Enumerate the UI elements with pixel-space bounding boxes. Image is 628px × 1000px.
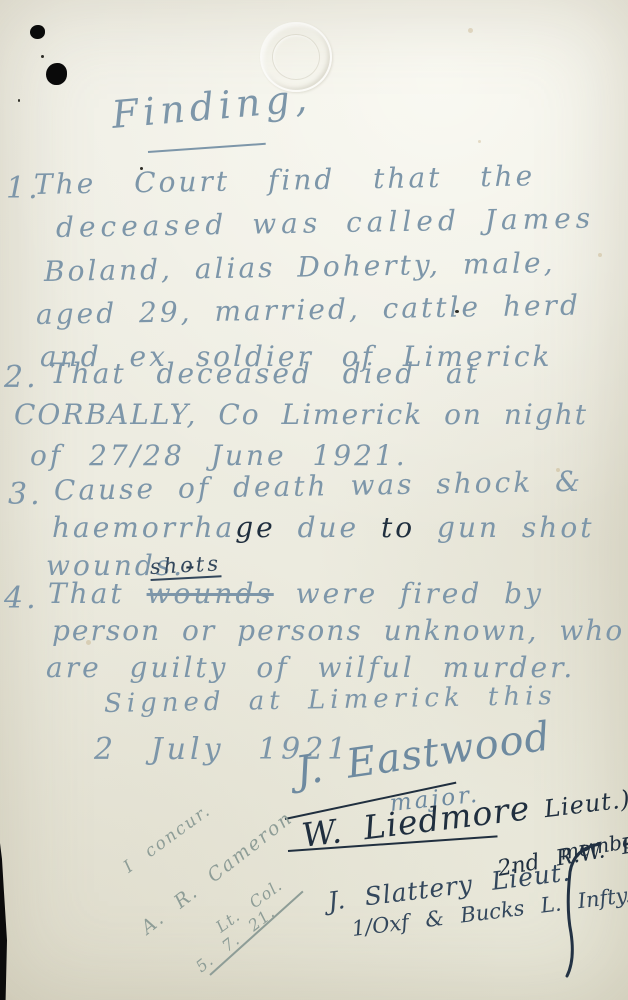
item2-line1: That deceased died at (50, 359, 480, 390)
item1-line4: aged 29, married, cattle herd (36, 290, 581, 330)
heading-underline (148, 143, 266, 153)
item3-line2: haemorrhage due to gun shot (52, 513, 594, 544)
item3-line1: Cause of death was shock & (54, 467, 584, 507)
item3-number: 3. (8, 478, 43, 511)
document-page: Finding, 1. The Court find that the dece… (0, 0, 628, 1000)
item3-line2-part: due (276, 511, 381, 544)
page-title: Finding, (110, 78, 313, 137)
item4-prefix: That (48, 577, 147, 610)
item3-line2-correction: ge (235, 511, 276, 544)
item1-line3: Boland, alias Doherty, male, (44, 248, 556, 288)
item4-line3: are guilty of wilful murder. (46, 653, 575, 684)
item2-line2: CORBALLY, Co Limerick on night (14, 400, 588, 431)
ink-speck (18, 99, 20, 102)
concur-line: I concur. (121, 801, 215, 877)
paper-edge-shadow (0, 843, 7, 1000)
member1-rank: Lieut.) (543, 785, 628, 823)
item1-line2: deceased was called James (56, 204, 596, 244)
signature-president: J. Eastwood (293, 714, 554, 793)
foxing-spot (598, 253, 602, 257)
item4-line1: That wounds were fired by (48, 579, 544, 610)
item4-struck-word: wounds (147, 577, 274, 610)
item4-number: 4. (4, 582, 39, 615)
ink-blot (46, 63, 67, 85)
ink-speck (41, 55, 44, 58)
item2-number: 2. (4, 361, 39, 394)
ink-blot (30, 25, 45, 39)
item4-suffix: were fired by (274, 577, 544, 610)
embossed-seal-inner-ring (272, 34, 320, 80)
item1-line1: The Court find that the (34, 161, 536, 201)
signed-at-line: Signed at Limerick this (104, 682, 557, 718)
item4-line2: person or persons unknown, who (52, 616, 624, 647)
item3-line2-correction: to (381, 511, 415, 544)
foxing-spot (468, 28, 473, 33)
item3-line2-part: haemorrha (52, 511, 235, 544)
item2-line3: of 27/28 June 1921. (30, 441, 408, 472)
foxing-spot (478, 140, 481, 143)
item3-line2-part: gun shot (415, 511, 594, 544)
